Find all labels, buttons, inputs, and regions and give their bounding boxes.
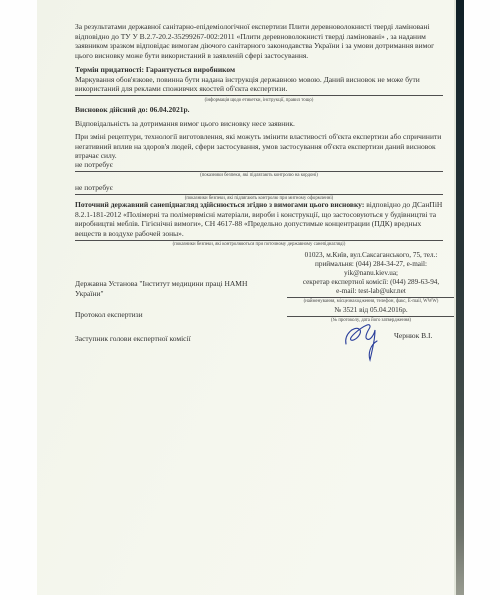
signature-stroke — [346, 325, 377, 360]
signer-name: Чернюк В.І. — [394, 331, 454, 341]
border-control-caption: (показники безпеки, які підлягають контр… — [75, 172, 443, 180]
contacts-line: секретар експертної комісії: (044) 289-6… — [287, 278, 455, 287]
border-control-value: не потребує — [75, 160, 443, 172]
marking-caption: (інформація щодо етикетки, інструкції, п… — [75, 96, 443, 104]
responsibility-line: Відповідальність за дотримання вимог цьо… — [75, 119, 443, 129]
marking-text: Маркування обов'язкове, повинна бути над… — [75, 75, 443, 96]
contacts-block: 01023, м.Київ, вул.Саксаганського, 75, т… — [287, 251, 455, 306]
protocol-label: Протокол експертизи — [75, 310, 235, 320]
contacts-line: 01023, м.Київ, вул.Саксаганського, 75, т… — [287, 251, 455, 260]
surveillance-paragraph: Поточний державний санепіднагляд здійсню… — [75, 200, 443, 241]
signature-ink — [340, 314, 388, 364]
scan-edge-shadow — [456, 0, 464, 595]
contacts-line: yik@nanu.kiev.ua; — [287, 269, 455, 278]
customs-control-value: не потребує — [75, 183, 443, 195]
contacts-caption: (найменування, місцезнаходження, телефон… — [287, 298, 455, 306]
scanned-document: За результатами державної санітарно-епід… — [0, 0, 500, 600]
shelf-life-section: Термін придатності: Гарантується виробни… — [75, 65, 443, 104]
surveillance-section: Поточний державний санепіднагляд здійсню… — [75, 200, 443, 249]
validity-line: Висновок дійсний до: 06.04.2021р. — [75, 105, 443, 115]
contacts-line: приймальня: (044) 284-34-27, e-mail: — [287, 260, 455, 269]
shelf-life-heading: Термін придатності: Гарантується виробни… — [75, 65, 443, 75]
surveillance-lead: Поточний державний санепіднагляд здійсню… — [75, 200, 364, 209]
surveillance-caption: (показники безпеки, які контролюються пр… — [75, 241, 443, 249]
deputy-head-label: Заступник голови експертної комісії — [75, 334, 275, 344]
expertise-result-paragraph: За результатами державної санітарно-епід… — [75, 22, 443, 61]
border-control-field: не потребує (показники безпеки, які підл… — [75, 160, 443, 180]
conditions-paragraph: При зміні рецептури, технології виготовл… — [75, 132, 443, 161]
contacts-line: e-mail: test-lab@ukr.net — [287, 287, 455, 298]
institution-name: Державна Установа "Інститут медицини пра… — [75, 279, 260, 298]
document-page: За результатами державної санітарно-епід… — [37, 0, 454, 595]
